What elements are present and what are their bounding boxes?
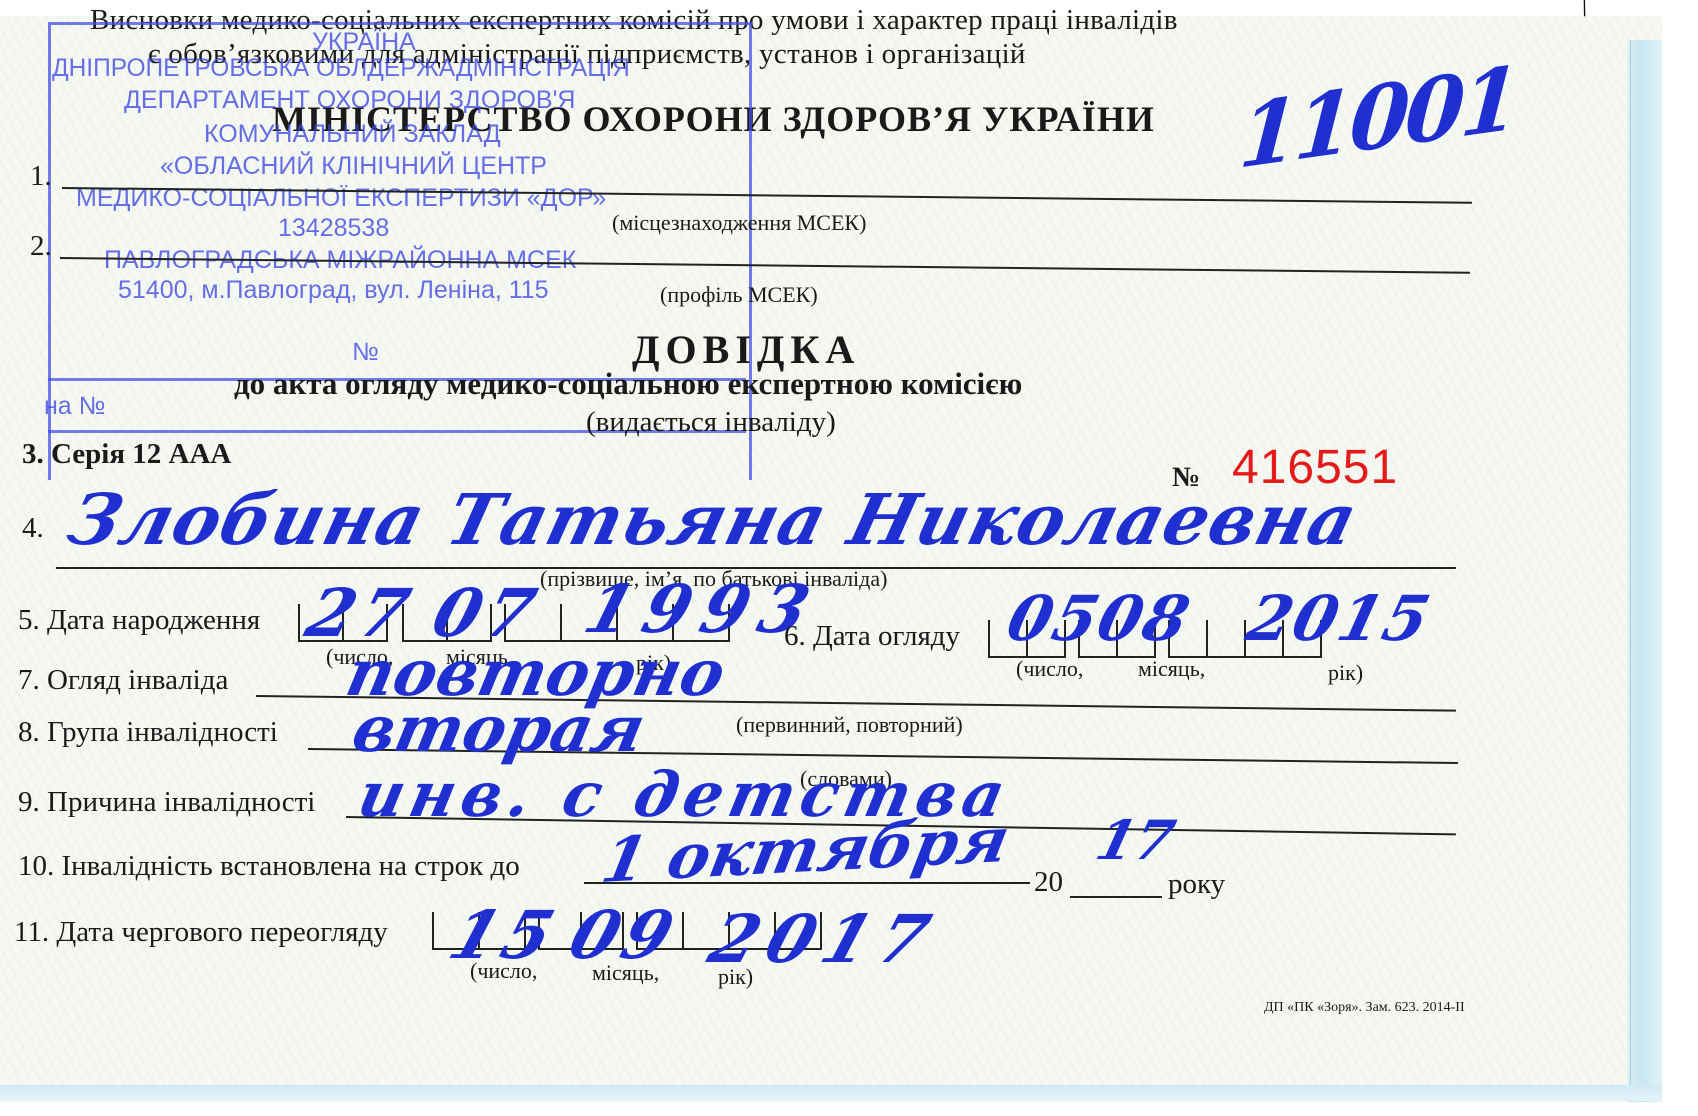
- disability-group-value[interactable]: вторая: [346, 692, 652, 767]
- stamp-number-label: №: [352, 338, 379, 367]
- exam-month-value[interactable]: 08: [1090, 582, 1198, 655]
- next-review-year-caption: рік): [718, 964, 753, 990]
- stamp-line: ДНІПРОПЕТРОВСЬКА ОБЛДЕРЖАДМІНІСТРАЦІЯ: [52, 54, 630, 83]
- exam-date-day-caption: (число,: [1016, 656, 1083, 682]
- stamp-line: ДЕПАРТАМЕНТ ОХОРОНИ ЗДОРОВ'Я: [124, 86, 575, 115]
- exam-date-year-caption: рік): [1328, 660, 1363, 686]
- valid-until-label: 10. Інвалідність встановлена на строк до: [18, 850, 520, 883]
- next-review-day-caption: (число,: [470, 958, 537, 984]
- field-1-number: 1.: [30, 160, 52, 193]
- next-review-label: 11. Дата чергового переогляду: [14, 916, 388, 949]
- valid-until-year-line: [1070, 896, 1162, 898]
- document-subtitle: до акта огляду медико-соціальною експерт…: [234, 366, 1022, 402]
- printer-imprint: ДП «ПК «Зоря». Зам. 623. 2014-ІІ: [1264, 1000, 1465, 1016]
- exam-date-label: 6. Дата огляду: [784, 620, 960, 653]
- valid-until-year-value[interactable]: 17: [1090, 808, 1181, 872]
- exam-type-caption: (первинний, повторний): [736, 712, 963, 738]
- next-review-month-caption: місяць,: [592, 960, 659, 986]
- valid-until-century: 20: [1034, 866, 1063, 899]
- stamp-line: «ОБЛАСНИЙ КЛІНІЧНИЙ ЦЕНТР: [160, 152, 547, 181]
- field-2-number: 2.: [30, 230, 52, 263]
- stamp-line: 51400, м.Павлоград, вул. Леніна, 115: [118, 276, 549, 305]
- exam-date-month-caption: місяць,: [1138, 656, 1205, 682]
- exam-type-label: 7. Огляд інваліда: [18, 664, 228, 697]
- issued-to-note: (видається інваліду): [586, 406, 836, 439]
- disability-group-label: 8. Група інвалідності: [18, 716, 278, 749]
- patient-name-value[interactable]: Злобина Татьяна Николаевна: [60, 478, 1366, 561]
- stamp-line: КОМУНАЛЬНИЙ ЗАКЛАД: [204, 120, 501, 149]
- sheet-edge-bottom: [0, 1085, 1662, 1101]
- stamp-ref-label: на №: [44, 392, 105, 421]
- stamp-line: УКРАЇНА: [312, 28, 416, 57]
- birth-date-label: 5. Дата народження: [18, 604, 260, 637]
- sheet-edge-right: [1628, 40, 1662, 1102]
- valid-until-year-suffix: року: [1168, 868, 1225, 901]
- exam-year-value[interactable]: 2015: [1240, 582, 1439, 655]
- disability-cause-label: 9. Причина інвалідності: [18, 786, 315, 819]
- field-1-caption: (місцезнаходження МСЕК): [612, 210, 866, 236]
- field-2-caption: (профіль МСЕК): [660, 282, 818, 308]
- field-4-number: 4.: [22, 512, 44, 545]
- stamp-line: 13428538: [278, 214, 389, 243]
- series-label: 3. Серія 12 ААА: [22, 438, 231, 471]
